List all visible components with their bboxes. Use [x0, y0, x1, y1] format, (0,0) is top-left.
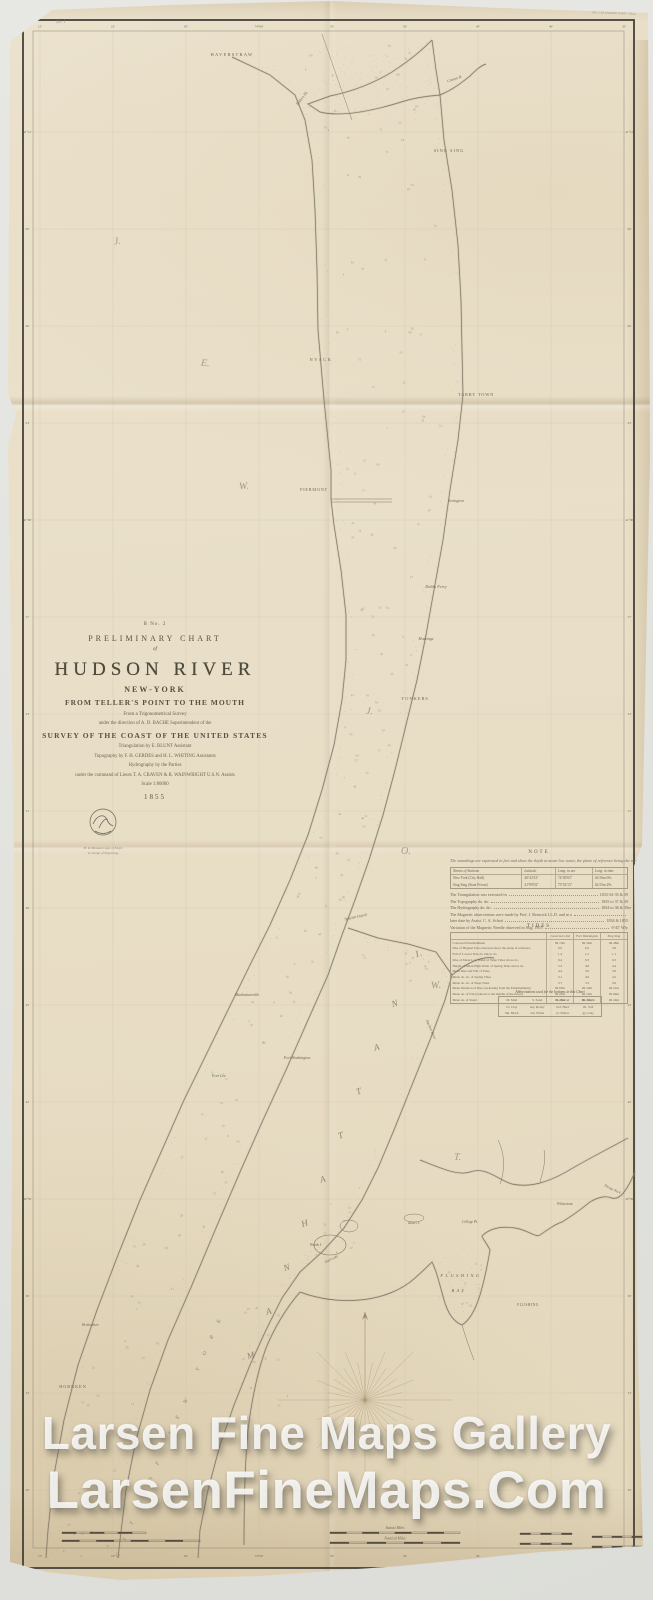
shoal-stipple	[188, 1547, 189, 1548]
shoal-stipple	[348, 611, 349, 612]
croton-bay-stipple	[315, 93, 316, 94]
scale-bar-left-upper	[118, 1532, 132, 1534]
shoal-stipple	[449, 275, 450, 276]
table-cell: 41°09'02"	[521, 882, 554, 888]
shoal-stipple	[411, 1057, 412, 1058]
shoal-stipple	[354, 935, 355, 936]
sounding-depth: 10	[221, 1124, 225, 1128]
croton-bay-stipple	[369, 100, 370, 101]
shoal-stipple	[329, 343, 330, 344]
scale-bar-left-lower	[166, 1540, 183, 1542]
shoal-stipple	[101, 1329, 102, 1330]
sounding-depth: 15	[137, 1300, 141, 1305]
croton-bay-stipple	[401, 67, 402, 68]
latitude-tick-right: 09'	[628, 227, 632, 231]
sounding-depth: 43	[336, 330, 340, 334]
croton-bay-stipple	[394, 58, 395, 59]
shoal-stipple	[286, 914, 287, 915]
shoal-stipple	[169, 1326, 170, 1327]
croton-bay-stipple	[411, 55, 412, 56]
place-label: Whitestone	[557, 1202, 573, 1206]
table-cell: Sing Sing	[600, 933, 627, 939]
place-label: Spuyten Duyvil	[344, 913, 367, 922]
shoal-stipple	[377, 824, 378, 825]
shoal-stipple	[298, 863, 299, 864]
shoal-stipple	[454, 451, 455, 452]
sounding-depth: 41	[62, 1549, 66, 1553]
shoal-stipple	[309, 859, 310, 860]
shoal-stipple	[312, 855, 313, 856]
shoal-stipple	[340, 756, 341, 757]
shoal-stipple	[327, 284, 328, 285]
croton-bay-stipple	[383, 84, 384, 85]
shoal-stipple	[341, 915, 342, 916]
shoal-stipple	[433, 96, 434, 97]
shoal-stipple	[401, 704, 402, 705]
shoal-stipple	[304, 108, 305, 109]
flushing-bay-stipple	[476, 1311, 477, 1312]
shoal-stipple	[174, 1138, 175, 1139]
shoal-stipple	[436, 567, 437, 568]
sounding-depth: 8	[227, 1134, 230, 1138]
shoal-stipple	[452, 460, 453, 461]
shoal-stipple	[454, 452, 455, 453]
shoal-stipple	[160, 1351, 161, 1352]
latitude-tick-left: 40°39'	[24, 1197, 32, 1201]
shoal-stipple	[107, 1551, 108, 1552]
shoal-stipple	[444, 153, 445, 154]
sounding-depth: 15	[81, 1400, 85, 1405]
shoal-stipple	[82, 1366, 83, 1367]
scale-bar-far-right-b	[592, 1546, 602, 1548]
table-row: Sing Sing (State Prison)41°09'02"73°52'1…	[451, 882, 627, 888]
sounding-depth: 18	[304, 929, 308, 933]
sounding-depth: 35	[417, 522, 421, 526]
shoal-stipple	[412, 673, 413, 674]
pencil-annotation: No 1	[56, 20, 66, 26]
croton-bay-stipple	[389, 62, 390, 63]
shoal-stipple	[284, 902, 285, 903]
shoal-stipple	[208, 1237, 209, 1238]
shoal-stipple	[416, 651, 417, 652]
shoal-stipple	[307, 1259, 308, 1260]
shoal-stipple	[347, 1216, 348, 1217]
croton-bay-stipple	[355, 72, 356, 73]
shoal-stipple	[428, 955, 429, 956]
abbreviations-heading: Abbreviations used for the bottoms in th…	[498, 990, 602, 994]
flushing-bay-stipple	[460, 1261, 461, 1262]
croton-bay-stipple	[333, 57, 334, 58]
shoal-stipple	[126, 1263, 127, 1264]
shoal-stipple	[378, 805, 379, 806]
shoal-stipple	[279, 928, 280, 929]
shoal-stipple	[387, 757, 388, 758]
flushing-bay-stipple	[438, 1270, 439, 1271]
croton-bay-stipple	[360, 84, 361, 85]
latitude-tick-left: 33'	[26, 1391, 30, 1395]
shoal-stipple	[404, 692, 405, 693]
sounding-depth: 55	[399, 350, 404, 355]
sounding-depth: 15	[200, 1112, 204, 1117]
place-label: NYACK	[309, 357, 332, 362]
longitude-tick-top: 45'	[476, 25, 480, 29]
watermark-line-2: LarsenFineMaps.Com	[0, 1460, 653, 1521]
shoal-stipple	[112, 1551, 113, 1552]
croton-bay-stipple	[358, 93, 359, 94]
scale-bar-left-lower	[114, 1540, 131, 1542]
sounding-depth: 34	[433, 224, 437, 228]
manhattan-island-letter: A	[371, 1041, 381, 1053]
shoal-stipple	[445, 973, 446, 974]
sounding-depth: 18	[365, 693, 369, 698]
shoal-stipple	[313, 111, 314, 112]
shoal-stipple	[400, 712, 401, 713]
shoal-stipple	[237, 1389, 238, 1390]
croton-bay-stipple	[430, 81, 431, 82]
shoal-stipple	[180, 1301, 181, 1302]
shoal-stipple	[218, 1038, 219, 1039]
place-label: Fort Washington	[283, 1055, 311, 1060]
statute-miles-bar	[363, 1532, 379, 1534]
croton-bay-stipple	[403, 75, 404, 76]
shoal-stipple	[346, 697, 347, 698]
abbreviation-item: gy. Gray	[576, 1010, 602, 1016]
sounding-depth: 21	[402, 380, 406, 384]
sounding-depth: 32	[266, 1333, 270, 1338]
shoal-stipple	[455, 422, 456, 423]
shoal-stipple	[256, 1328, 257, 1329]
shoal-stipple	[294, 1032, 295, 1033]
shoal-stipple	[175, 1137, 176, 1138]
scale-bar-right-b	[520, 1543, 530, 1545]
shoal-stipple	[273, 65, 274, 66]
shoal-stipple	[147, 1382, 148, 1383]
shoal-stipple	[386, 788, 387, 789]
longitude-tick-top: 50'	[403, 25, 407, 29]
shoal-stipple	[271, 939, 272, 940]
shoal-stipple	[363, 1178, 364, 1179]
shoal-stipple	[381, 796, 382, 797]
statute-miles-bar	[330, 1532, 346, 1534]
shoal-stipple	[444, 455, 445, 456]
sounding-depth: 46	[342, 895, 347, 900]
shoal-stipple	[316, 829, 317, 830]
bronx-creeks	[498, 1140, 545, 1184]
shoal-stipple	[90, 1344, 91, 1345]
croton-bay-stipple	[372, 67, 373, 68]
hudson-west-shore	[46, 57, 346, 1558]
sounding-depth: 17	[362, 488, 366, 493]
croton-bay-stipple	[401, 84, 402, 85]
shoal-stipple	[407, 950, 408, 951]
shoal-stipple	[234, 1170, 235, 1171]
croton-bay-stipple	[328, 113, 329, 114]
croton-bay-stipple	[361, 79, 362, 80]
shoal-stipple	[336, 520, 337, 521]
scale-bar-far-right-b	[622, 1546, 632, 1548]
table-cell	[451, 933, 546, 939]
flushing-creek	[462, 1325, 474, 1360]
sounding-depth: 13	[371, 385, 375, 389]
latitude-tick-right: 33'	[628, 1391, 632, 1395]
latitude-tick-left: 03'	[26, 421, 30, 425]
shoal-stipple	[436, 1012, 437, 1013]
shoal-stipple	[319, 157, 320, 158]
sounding-depth: 10	[164, 1246, 168, 1251]
shoal-stipple	[337, 766, 338, 767]
shoal-stipple	[187, 1290, 188, 1291]
shoal-stipple	[375, 818, 376, 819]
shoal-stipple	[326, 303, 327, 304]
place-label: YONKERS	[401, 696, 429, 701]
sounding-depth: 23	[91, 1365, 95, 1370]
sounding-depth: 26	[411, 955, 415, 960]
sounding-depth: 39	[106, 1544, 110, 1548]
sounding-depth: 4	[327, 128, 330, 132]
sounding-depth: 41	[405, 663, 409, 667]
scale-bar-far-right-b	[602, 1546, 612, 1548]
pencil-annotation: T.	[454, 1152, 462, 1163]
shoal-stipple	[289, 81, 290, 82]
croton-bay-stipple	[330, 101, 331, 102]
abbreviation-item: blk. Black	[499, 1010, 525, 1016]
place-label: Dobbs Ferry	[424, 584, 447, 589]
shoal-stipple	[160, 1174, 161, 1175]
sounding-depth: 4	[124, 1339, 126, 1343]
sounding-depth: 4	[480, 1267, 482, 1271]
latitude-tick-right: 41°12'	[626, 130, 634, 134]
manhattan-island-letter: N	[389, 997, 400, 1009]
shoal-stipple	[364, 864, 365, 865]
shoal-stipple	[222, 1188, 223, 1189]
shoal-stipple	[275, 70, 276, 71]
shoal-stipple	[202, 1231, 203, 1232]
nautical-miles-bar	[441, 1542, 460, 1544]
note-block: NOTE The soundings are expressed in feet…	[450, 850, 628, 930]
croton-bay-stipple	[407, 86, 408, 87]
shoal-stipple	[443, 184, 444, 185]
shoal-stipple	[197, 1077, 198, 1078]
sounding-depth: 28	[252, 1360, 256, 1364]
shoal-stipple	[401, 1088, 402, 1089]
survey-date-line: later date by Assist. C. A. Schott1834 &…	[450, 918, 628, 923]
croton-bay-stipple	[401, 96, 402, 97]
city-of-new-york-letter: R	[208, 1334, 216, 1341]
croton-bay-stipple	[350, 117, 351, 118]
sounding-depth: 12	[464, 1281, 468, 1285]
shoal-stipple	[423, 590, 424, 591]
croton-bay-stipple	[387, 56, 388, 57]
sounding-depth: 60	[309, 53, 313, 58]
flushing-bay-stipple	[458, 1307, 459, 1308]
sounding-depth: 25	[469, 1303, 473, 1308]
shoal-stipple	[375, 940, 376, 941]
place-label: Fort Lee	[211, 1073, 226, 1078]
shoal-stipple	[455, 363, 456, 364]
longitude-tick-top: 15'	[38, 25, 42, 29]
shoal-stipple	[340, 472, 341, 473]
sounding-depth: 15	[342, 1219, 346, 1223]
shoal-stipple	[140, 1211, 141, 1212]
shoal-stipple	[453, 350, 454, 351]
croton-bay-stipple	[402, 98, 403, 99]
sounding-depth: 28	[249, 1386, 253, 1390]
survey-line-3: SURVEY OF THE COAST OF THE UNITED STATES	[30, 731, 280, 740]
scale-bar-left-lower	[183, 1540, 200, 1542]
croton-bay-stipple	[396, 80, 397, 81]
scale-bar-right-a	[530, 1533, 540, 1535]
topography-credit: Topography by F. H. GERDES and H. L. WHI…	[30, 754, 280, 760]
sounding-depth: 53	[429, 495, 433, 499]
sounding-depth: 41	[361, 267, 365, 271]
piermont-pier	[331, 499, 392, 502]
sounding-depth: 26	[333, 109, 337, 113]
latitude-tick-right: 36'	[628, 1294, 632, 1298]
sounding-depth: 9	[80, 1554, 82, 1558]
survey-date-line: The Hydrography do. do.1834 to 36 & 39	[450, 905, 628, 910]
flushing-bay-stipple	[461, 1280, 462, 1281]
croton-bay-stipple	[376, 58, 377, 59]
statute-miles-label: Statute Miles	[386, 1526, 405, 1530]
shoal-stipple	[363, 852, 364, 853]
chart-subtitle: FROM TELLER'S POINT TO THE MOUTH	[30, 698, 280, 707]
sounding-depth: 7	[386, 426, 388, 430]
croton-bay-stipple	[368, 113, 369, 114]
shoal-stipple	[440, 525, 441, 526]
shoal-stipple	[306, 114, 307, 115]
shoal-stipple	[452, 252, 453, 253]
shoal-stipple	[197, 1084, 198, 1085]
flushing-bay-stipple	[464, 1286, 465, 1287]
shoal-stipple	[283, 1284, 284, 1285]
flushing-bay-stipple	[439, 1297, 440, 1298]
flushing-bay-stipple	[471, 1268, 472, 1269]
sounding-depth: 45	[349, 732, 353, 736]
shoal-stipple	[446, 977, 447, 978]
shoal-stipple	[359, 863, 360, 864]
sounding-depth: 4	[353, 1241, 355, 1245]
flushing-bay-stipple	[441, 1262, 442, 1263]
croton-bay-stipple	[376, 66, 377, 67]
survey-date-line: The Triangulation was executed in1833-34…	[450, 892, 628, 897]
shoal-stipple	[359, 1188, 360, 1189]
shoal-stipple	[297, 1019, 298, 1020]
sounding-depth: 22	[224, 1180, 228, 1185]
sounding-depth: 7	[315, 876, 318, 880]
croton-bay-stipple	[374, 60, 375, 61]
chart-year: 1855	[30, 793, 280, 802]
croton-bay-stipple	[323, 80, 324, 81]
croton-bay-stipple	[324, 73, 325, 74]
shoal-stipple	[225, 1177, 226, 1178]
shoal-stipple	[333, 936, 334, 937]
shoal-stipple	[183, 1279, 184, 1280]
shoal-stipple	[428, 64, 429, 65]
shoal-stipple	[457, 382, 458, 383]
shoal-stipple	[119, 1270, 120, 1271]
sounding-depth: 10	[346, 135, 350, 140]
engraver-script-line-1: H. W. Benham Capt. of Engrs	[82, 846, 123, 850]
croton-bay-stipple	[318, 89, 319, 90]
sounding-depth: 37	[142, 1356, 146, 1360]
shoal-stipple	[392, 754, 393, 755]
sounding-depth: 31	[351, 521, 355, 526]
sounding-depth: 24	[130, 1294, 134, 1299]
sounding-depth: 36	[142, 1242, 146, 1247]
shoal-stipple	[379, 1141, 380, 1142]
compass-ray	[365, 1352, 413, 1400]
croton-bay-stipple	[377, 90, 378, 91]
scale-bar-right-b	[530, 1543, 540, 1545]
note-heading: NOTE	[450, 850, 628, 856]
shoal-stipple	[333, 462, 334, 463]
croton-bay-stipple	[337, 78, 338, 79]
shoal-stipple	[233, 1164, 234, 1165]
sounding-depth: 64	[401, 138, 405, 142]
sounding-depth: 41	[235, 1098, 239, 1102]
shoal-stipple	[414, 675, 415, 676]
sounding-depth: 57	[354, 759, 358, 763]
croton-bay-stipple	[335, 84, 336, 85]
longitude-tick-bottom: 74°00'	[255, 1554, 264, 1558]
shoal-stipple	[354, 659, 355, 660]
place-label: Hastings	[418, 636, 434, 641]
shoal-stipple	[455, 345, 456, 346]
statute-miles-bar	[428, 1532, 444, 1534]
croton-bay-stipple	[404, 116, 405, 117]
sounding-depth: 42	[280, 1014, 284, 1018]
croton-bay-stipple	[369, 66, 370, 67]
longitude-tick-bottom: 45'	[476, 1554, 480, 1558]
nautical-miles-bar	[367, 1542, 386, 1544]
shoal-stipple	[77, 1403, 78, 1404]
shoal-stipple	[334, 769, 335, 770]
croton-bay-stipple	[353, 60, 354, 61]
shoal-stipple	[359, 1198, 360, 1199]
latitude-tick-left: 09'	[26, 227, 30, 231]
shoal-stipple	[452, 321, 453, 322]
table-cell: Latitude	[521, 868, 554, 874]
flushing-bay-stipple	[481, 1301, 482, 1302]
shoal-stipple	[51, 1552, 52, 1553]
series-number: B No. 2	[30, 622, 280, 628]
shoal-stipple	[83, 1356, 84, 1357]
place-label: Croton R.	[446, 74, 462, 84]
latitude-tick-right: 48'	[628, 906, 632, 910]
sounding-depth: 6	[428, 959, 431, 963]
sounding-depth: 62	[411, 326, 415, 330]
scale-bar-far-right-a	[622, 1536, 632, 1538]
croton-bay-stipple	[377, 104, 378, 105]
sounding-depth: 52	[382, 728, 386, 733]
map-sheet: 15'15'10'10'05'05'74°00'74°00'55'55'50'5…	[0, 0, 653, 1600]
shoal-stipple	[335, 924, 336, 925]
scale-bar-far-right-b	[632, 1546, 642, 1548]
shoal-stipple	[327, 952, 328, 953]
croton-bay-stipple	[414, 113, 415, 114]
abbreviation-item: yl. Yellow	[550, 1010, 576, 1016]
shoal-stipple	[417, 1058, 418, 1059]
croton-bay-stipple	[407, 63, 408, 64]
shoal-stipple	[318, 142, 319, 143]
shoal-stipple	[340, 529, 341, 530]
shoal-stipple	[426, 1026, 427, 1027]
croton-bay-stipple	[389, 67, 390, 68]
croton-bay-stipple	[418, 115, 419, 116]
sounding-depth: 16	[310, 959, 314, 963]
sounding-depth: 4	[286, 1394, 289, 1398]
longitude-tick-bottom: 40'	[549, 1554, 553, 1558]
